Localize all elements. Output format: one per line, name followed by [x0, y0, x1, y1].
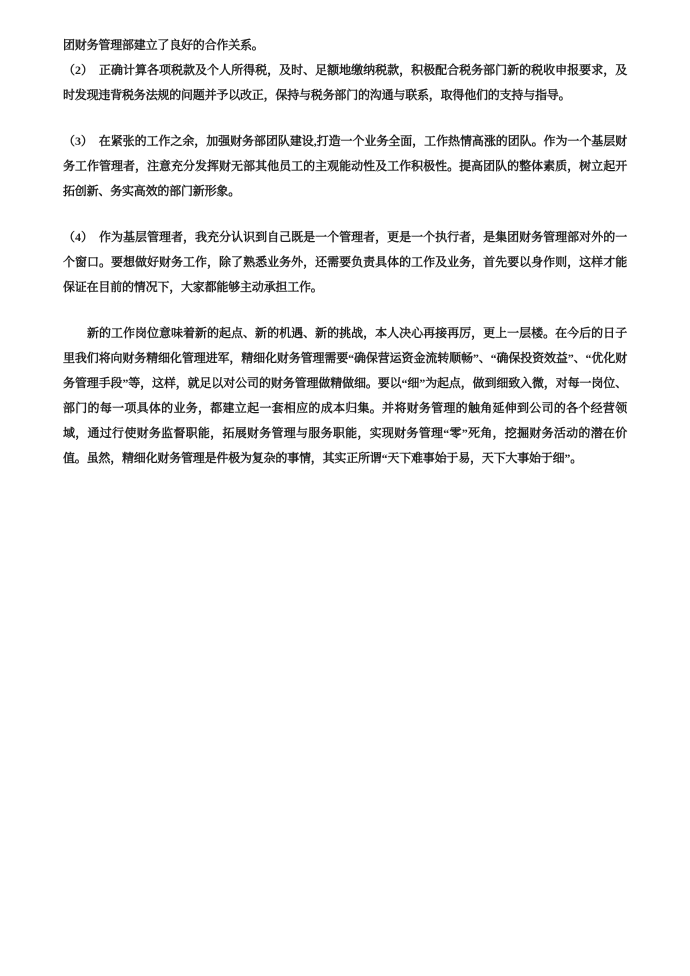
paragraph-1: 团财务管理部建立了良好的合作关系。 [63, 33, 627, 58]
paragraph-5: 新的工作岗位意味着新的起点、新的机遇、新的挑战，本人决心再接再厉，更上一层楼。在… [63, 321, 627, 471]
paragraph-3: （3） 在紧张的工作之余，加强财务部团队建设,打造一个业务全面，工作热情高涨的团… [63, 129, 627, 204]
document-page: 团财务管理部建立了良好的合作关系。（2） 正确计算各项税款及个人所得税，及时、足… [0, 0, 690, 976]
document-body: 团财务管理部建立了良好的合作关系。（2） 正确计算各项税款及个人所得税，及时、足… [63, 33, 627, 471]
paragraph-2: （2） 正确计算各项税款及个人所得税，及时、足额地缴纳税款，积极配合税务部门新的… [63, 58, 627, 108]
paragraph-4: （4） 作为基层管理者，我充分认识到自己既是一个管理者，更是一个执行者，是集团财… [63, 225, 627, 300]
